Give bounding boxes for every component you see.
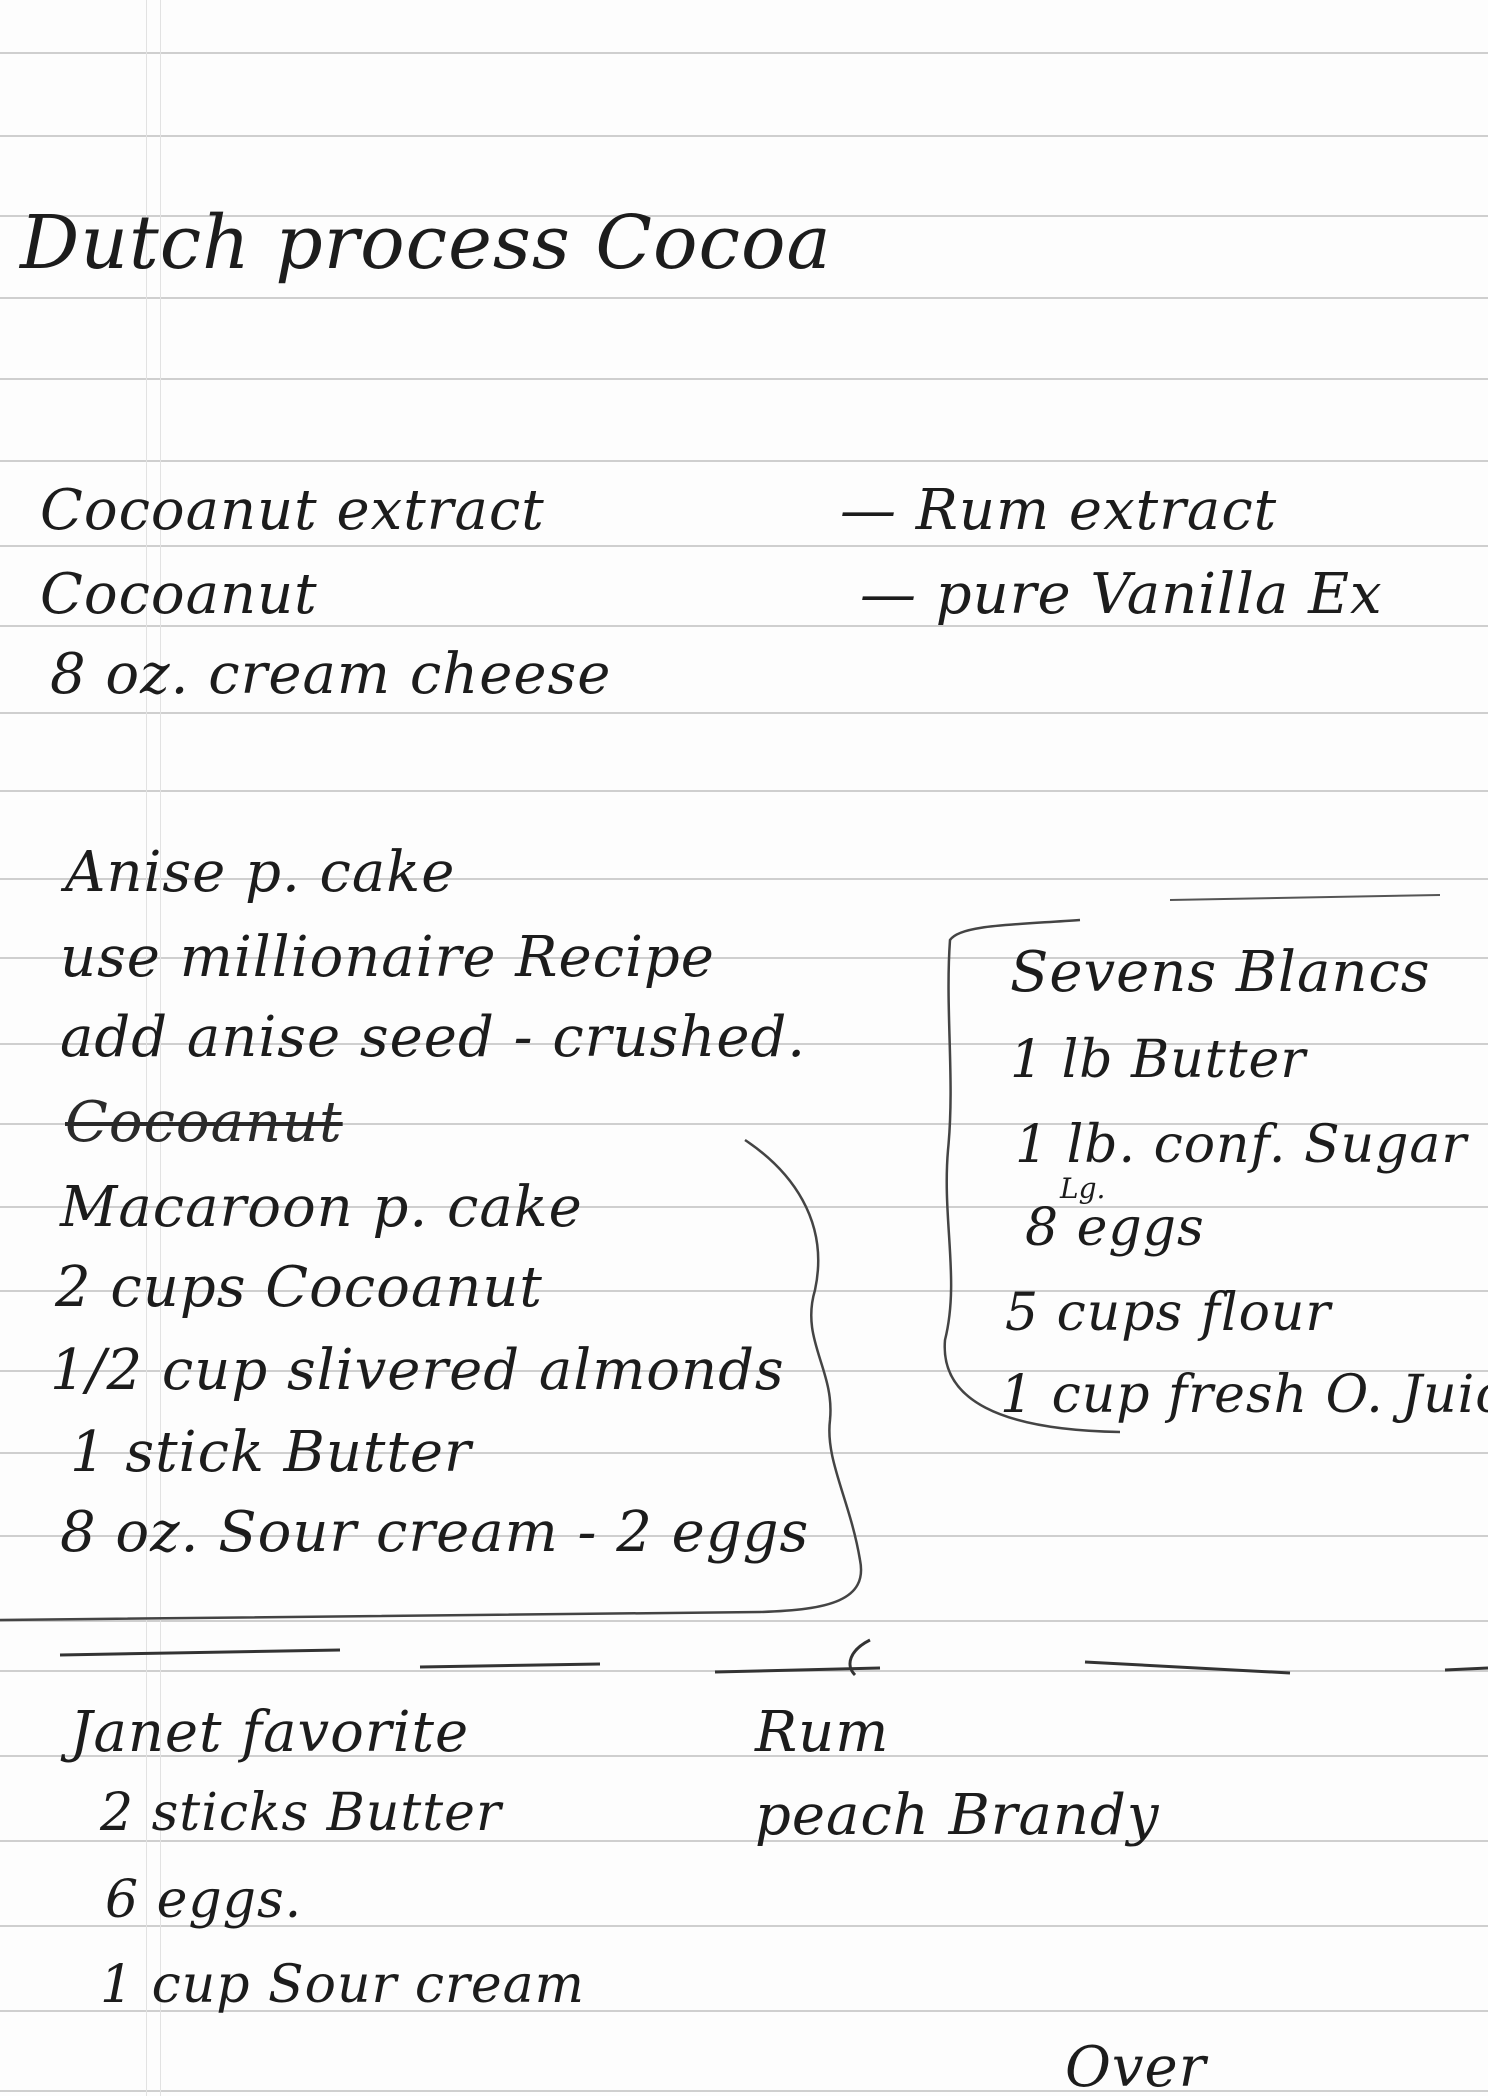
lined-paper-page: Dutch process Cocoa Cocoanut extract Coc… bbox=[0, 0, 1488, 2096]
sevens-blancs-ingredient: 1 lb. conf. Sugar bbox=[1015, 1115, 1467, 1175]
sevens-blancs-ingredient: 5 cups flour bbox=[1005, 1283, 1331, 1343]
janet-favorite-ingredient: 1 cup Sour cream bbox=[100, 1955, 585, 2015]
sevens-blancs-title: Sevens Blancs bbox=[1010, 940, 1431, 1005]
sevens-blancs-ingredient: 1 lb Butter bbox=[1010, 1030, 1306, 1090]
janet-favorite-ingredient: 2 sticks Butter bbox=[100, 1783, 502, 1843]
page-turn-note: Over bbox=[1065, 2035, 1206, 2096]
sevens-blancs-ingredient: 1 cup fresh O. Juice bbox=[1000, 1365, 1488, 1425]
janet-favorite-ingredient: 6 eggs. bbox=[105, 1870, 302, 1930]
janet-favorite-title: Janet favorite bbox=[70, 1700, 469, 1765]
janet-favorite-flavoring: peach Brandy bbox=[755, 1783, 1159, 1848]
sevens-blancs-ingredient: 8 eggs bbox=[1025, 1198, 1205, 1258]
janet-favorite-flavoring: Rum bbox=[755, 1700, 889, 1765]
